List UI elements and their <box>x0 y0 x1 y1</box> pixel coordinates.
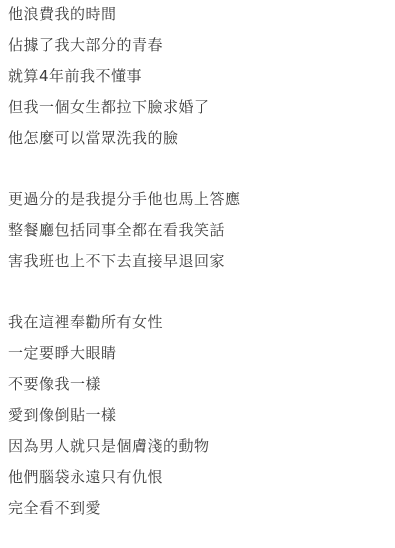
text-line: 一定要睜大眼睛 <box>8 338 395 369</box>
text-line: 就算4年前我不懂事 <box>8 61 395 92</box>
text-line: 因為男人就只是個膚淺的動物 <box>8 431 395 462</box>
text-line: 害我班也上不下去直接早退回家 <box>8 246 395 277</box>
paragraph-spacer <box>8 277 395 307</box>
text-line: 他浪費我的時間 <box>8 0 395 30</box>
text-line: 更過分的是我提分手他也馬上答應 <box>8 184 395 215</box>
paragraph-1: 他浪費我的時間 佔據了我大部分的青春 就算4年前我不懂事 但我一個女生都拉下臉求… <box>8 0 395 154</box>
paragraph-3: 我在這裡奉勸所有女性 一定要睜大眼睛 不要像我一樣 愛到像倒貼一樣 因為男人就只… <box>8 307 395 524</box>
text-line: 佔據了我大部分的青春 <box>8 30 395 61</box>
text-line: 不要像我一樣 <box>8 369 395 400</box>
text-line: 愛到像倒貼一樣 <box>8 400 395 431</box>
text-line: 他怎麼可以當眾洗我的臉 <box>8 123 395 154</box>
text-line: 完全看不到愛 <box>8 493 395 524</box>
paragraph-2: 更過分的是我提分手他也馬上答應 整餐廳包括同事全都在看我笑話 害我班也上不下去直… <box>8 184 395 277</box>
text-line: 但我一個女生都拉下臉求婚了 <box>8 92 395 123</box>
text-line: 他們腦袋永遠只有仇恨 <box>8 462 395 493</box>
paragraph-spacer <box>8 154 395 184</box>
text-line: 整餐廳包括同事全都在看我笑話 <box>8 215 395 246</box>
text-document: 他浪費我的時間 佔據了我大部分的青春 就算4年前我不懂事 但我一個女生都拉下臉求… <box>0 0 395 524</box>
text-line: 我在這裡奉勸所有女性 <box>8 307 395 338</box>
